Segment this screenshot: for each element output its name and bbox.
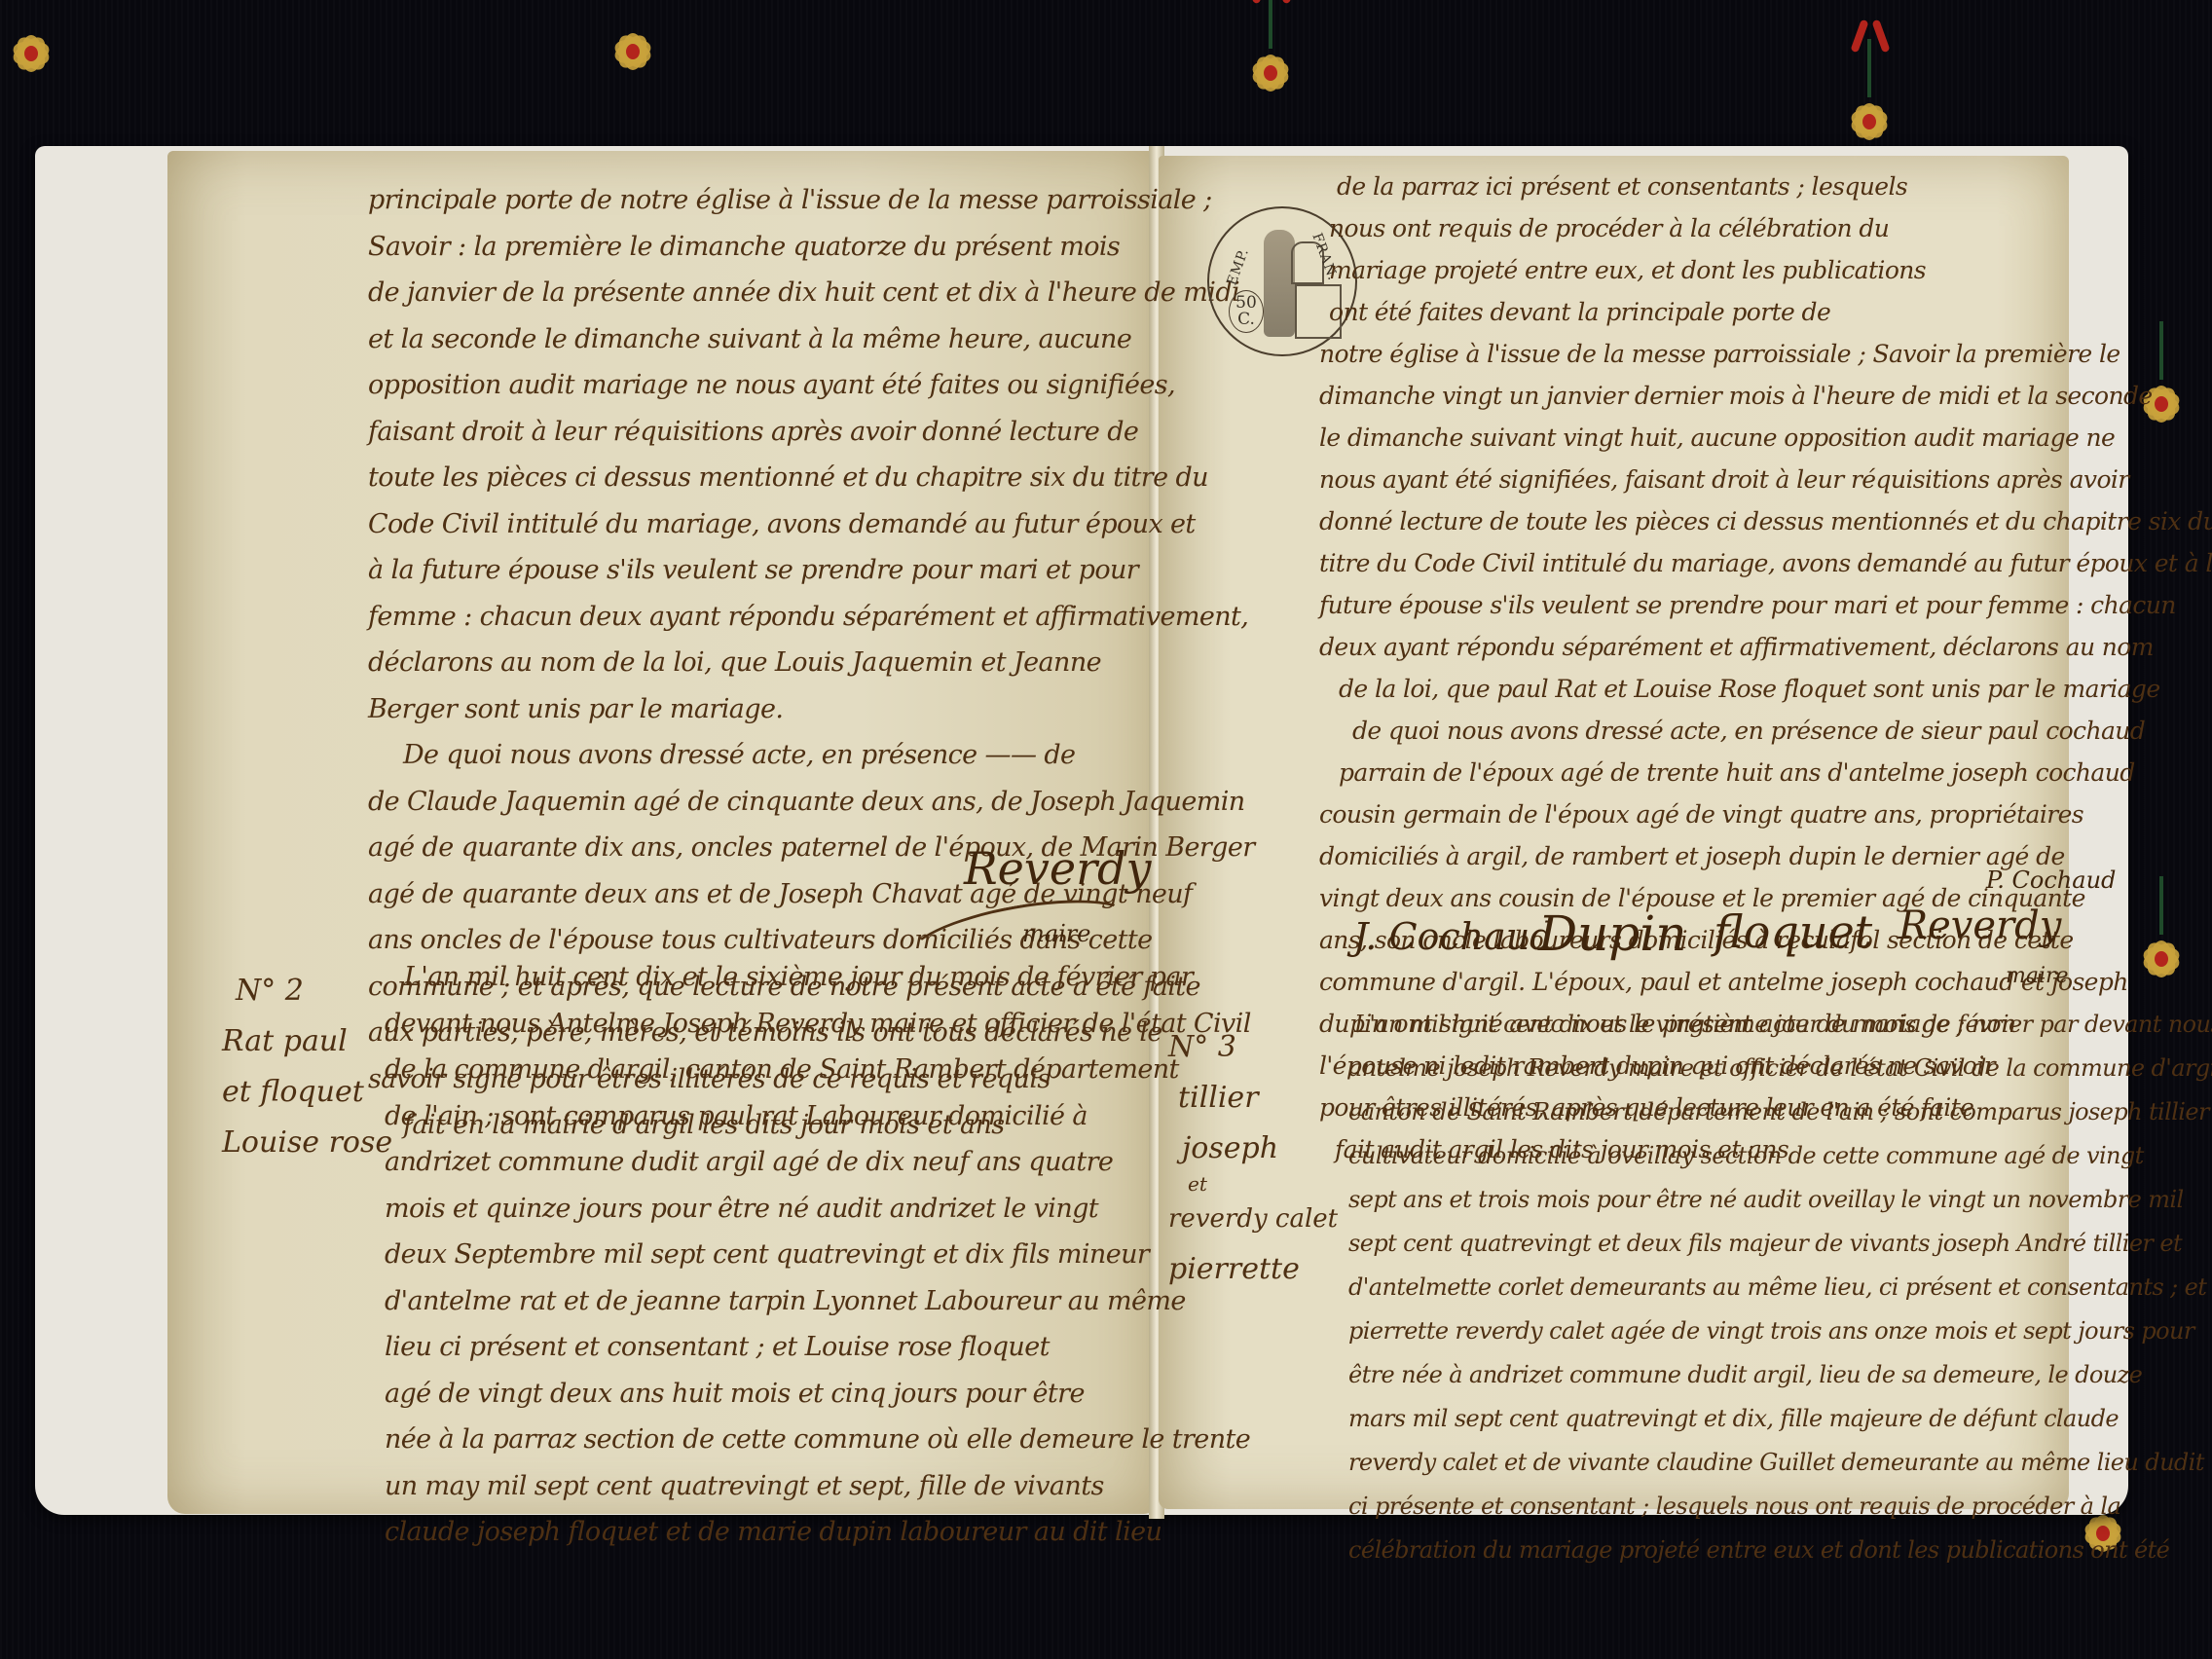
- left-page-act-text: L'an mil huit cent dix et le sixième jou…: [385, 954, 1251, 1556]
- signature-reverdy: Reverdy: [1899, 903, 2061, 948]
- left-margin-note: N° 2 Rat paul et floquet Louise rose: [222, 966, 392, 1168]
- signature-j-cochaud: J. Cochaud: [1353, 915, 1554, 958]
- embroidered-flower-icon: [0, 10, 70, 97]
- mayor-signature: Reverdy: [964, 842, 1152, 895]
- mayor-title-right: maire: [2006, 964, 2069, 988]
- embroidered-flower-icon: [1232, 29, 1309, 117]
- signature-floquet: floquet: [1714, 905, 1872, 958]
- embroidered-flower-icon: [594, 8, 672, 95]
- signature-dupin: Dupin: [1538, 905, 1687, 962]
- right-page-act-text: L'an mil huit cent dix et le vingtième j…: [1348, 1003, 2212, 1572]
- act-number: N° 3: [1168, 1022, 1338, 1073]
- right-margin-note: N° 3 tillier joseph et reverdy calet pie…: [1168, 1022, 1338, 1295]
- act-number: N° 2: [222, 966, 392, 1016]
- signature-p-cochaud: P. Cochaud: [1986, 866, 2116, 894]
- mayor-title: maire: [1022, 920, 1090, 947]
